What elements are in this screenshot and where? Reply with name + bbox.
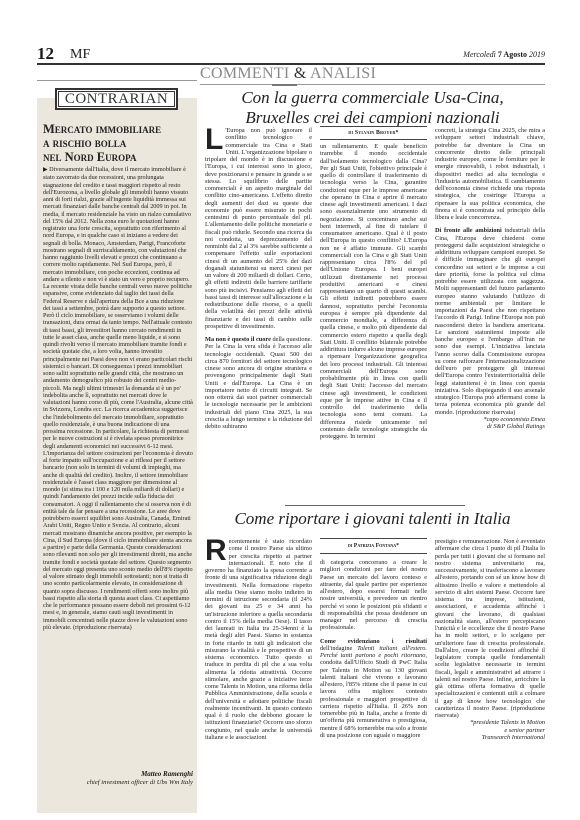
article2-column-1: Recentemente è stato ricordato come il n… [205, 538, 312, 747]
article1-column-3: concreti, la strategia Cina 2025, che mi… [435, 127, 545, 430]
contrarian-body: ▶ Diversamente dall'Italia, dove il merc… [43, 166, 193, 631]
masthead: 12 MF Mercoledì 7 Agosto 2019 [37, 46, 545, 62]
article1-column-2: un rallentamento. E quale beneficio trar… [320, 143, 427, 446]
article1-headline: Con la guerra commerciale Usa-Cina, Brux… [200, 88, 545, 128]
author-role: chief investment officer di Ubs Wm Italy [43, 779, 193, 787]
article2-headline: Come riportare i giovani talenti in Ital… [200, 508, 545, 530]
section-rule [200, 84, 545, 85]
arrow-right-icon: ▶ [43, 167, 48, 173]
article1-author-note: *capo economista Emea di S&P Global Rati… [435, 416, 545, 431]
dropcap: L [205, 128, 223, 152]
page-number: 12 [37, 46, 54, 62]
contrarian-signature: Matteo Ramenghi chief investment officer… [43, 771, 193, 786]
article2-column-3: prestigio e remunerazione. Non è avventa… [435, 538, 545, 741]
contrarian-logo: CONTRARIAN [55, 88, 178, 110]
dropcap: R [205, 539, 227, 563]
publication-name: MF [70, 47, 90, 63]
article2-column-2: di categoria concorrano a creare le migl… [320, 559, 427, 745]
contrarian-headline: Mercato immobiliare a rischio bolla nel … [43, 122, 193, 164]
article1-byline: di Sylvain Broyer* [320, 126, 427, 140]
author-name: Matteo Ramenghi [43, 771, 193, 779]
publication-date: Mercoledì 7 Agosto 2019 [463, 50, 545, 60]
sidebar-top-rule [37, 80, 197, 81]
article-divider [285, 505, 465, 506]
section-rule-accent [272, 84, 297, 86]
section-title: COMMENTI & ANALISI [200, 65, 545, 83]
article2-author-note: *presidente Talents in Motion e senior p… [435, 719, 545, 741]
article2-byline: di Patrizia Fontana* [320, 538, 427, 554]
article1-column-1: L'Europa non può ignorare il conflitto t… [205, 127, 312, 436]
